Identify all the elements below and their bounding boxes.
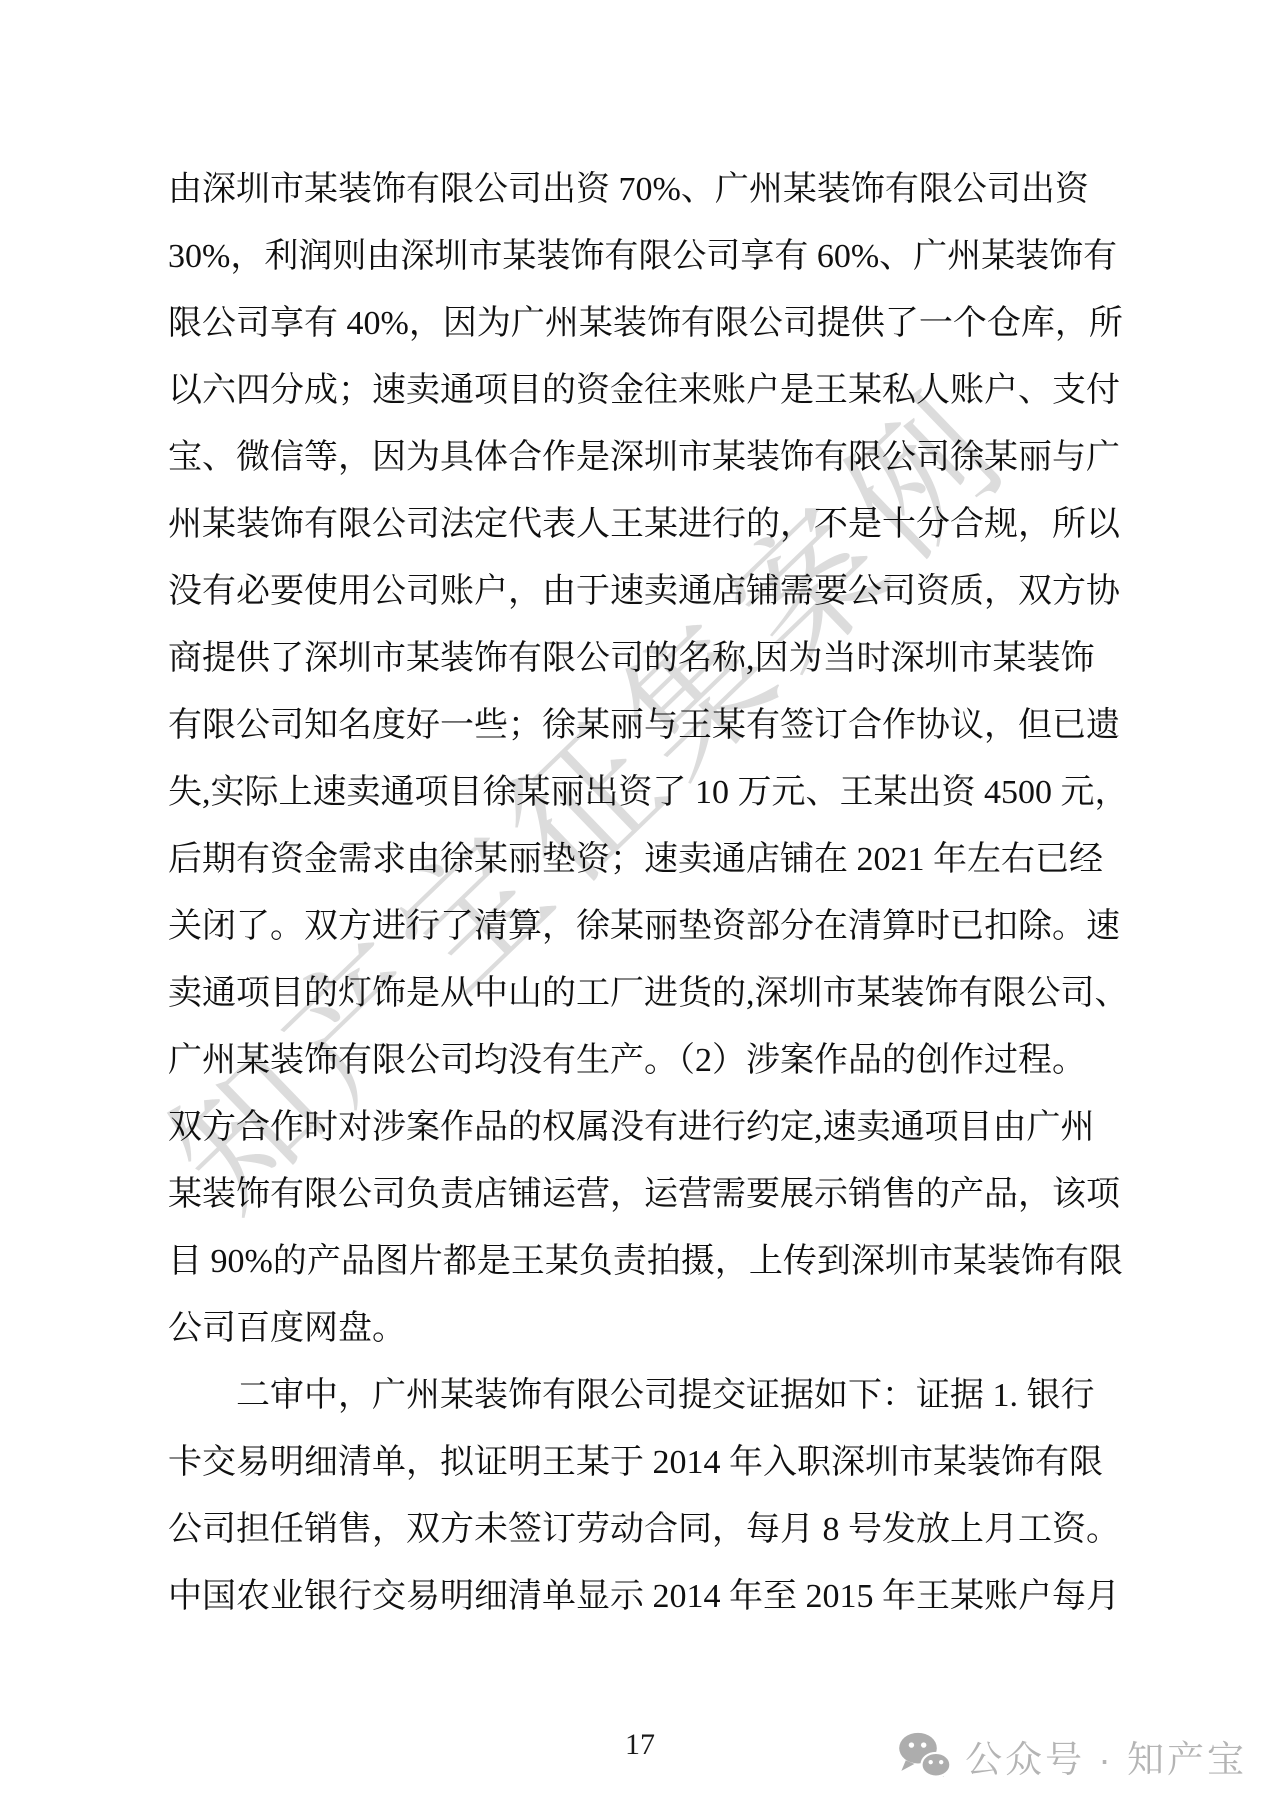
text-line: 由深圳市某装饰有限公司出资 70%、广州某装饰有限公司出资	[168, 156, 1058, 223]
document-page: 知产宝征集案例 由深圳市某装饰有限公司出资 70%、广州某装饰有限公司出资 30…	[0, 0, 1280, 1810]
text-line-paragraph-end: 公司百度网盘。	[168, 1295, 1058, 1362]
text-line: 商提供了深圳市某装饰有限公司的名称,因为当时深圳市某装饰	[168, 625, 1058, 692]
text-line: 30%，利润则由深圳市某装饰有限公司享有 60%、广州某装饰有	[168, 223, 1058, 290]
text-line: 中国农业银行交易明细清单显示 2014 年至 2015 年王某账户每月	[168, 1563, 1058, 1630]
text-line: 以六四分成；速卖通项目的资金往来账户是王某私人账户、支付	[168, 357, 1058, 424]
text-line: 双方合作时对涉案作品的权属没有进行约定,速卖通项目由广州	[168, 1094, 1058, 1161]
text-line: 卡交易明细清单，拟证明王某于 2014 年入职深圳市某装饰有限	[168, 1429, 1058, 1496]
text-line: 没有必要使用公司账户，由于速卖通店铺需要公司资质，双方协	[168, 558, 1058, 625]
text-line: 广州某装饰有限公司均没有生产。（2）涉案作品的创作过程。	[168, 1027, 1058, 1094]
document-body: 由深圳市某装饰有限公司出资 70%、广州某装饰有限公司出资 30%，利润则由深圳…	[168, 156, 1058, 1630]
text-line: 限公司享有 40%，因为广州某装饰有限公司提供了一个仓库，所	[168, 290, 1058, 357]
wechat-account-label: 公众号 · 知产宝	[965, 1729, 1247, 1783]
wechat-account-badge: 公众号 · 知产宝	[897, 1729, 1247, 1783]
text-line: 关闭了。双方进行了清算，徐某丽垫资部分在清算时已扣除。速	[168, 893, 1058, 960]
wechat-icon	[897, 1731, 953, 1781]
text-line: 公司担任销售，双方未签订劳动合同，每月 8 号发放上月工资。	[168, 1496, 1058, 1563]
text-line: 目 90%的产品图片都是王某负责拍摄，上传到深圳市某装饰有限	[168, 1228, 1058, 1295]
text-line: 后期有资金需求由徐某丽垫资；速卖通店铺在 2021 年左右已经	[168, 826, 1058, 893]
text-line: 卖通项目的灯饰是从中山的工厂进货的,深圳市某装饰有限公司、	[168, 960, 1058, 1027]
text-line: 某装饰有限公司负责店铺运营，运营需要展示销售的产品，该项	[168, 1161, 1058, 1228]
text-line-paragraph-start: 二审中，广州某装饰有限公司提交证据如下：证据 1. 银行	[168, 1362, 1058, 1429]
text-line: 州某装饰有限公司法定代表人王某进行的，不是十分合规，所以	[168, 491, 1058, 558]
text-line: 失,实际上速卖通项目徐某丽出资了 10 万元、王某出资 4500 元，	[168, 759, 1058, 826]
text-line: 有限公司知名度好一些；徐某丽与王某有签订合作协议，但已遗	[168, 692, 1058, 759]
text-line: 宝、微信等，因为具体合作是深圳市某装饰有限公司徐某丽与广	[168, 424, 1058, 491]
